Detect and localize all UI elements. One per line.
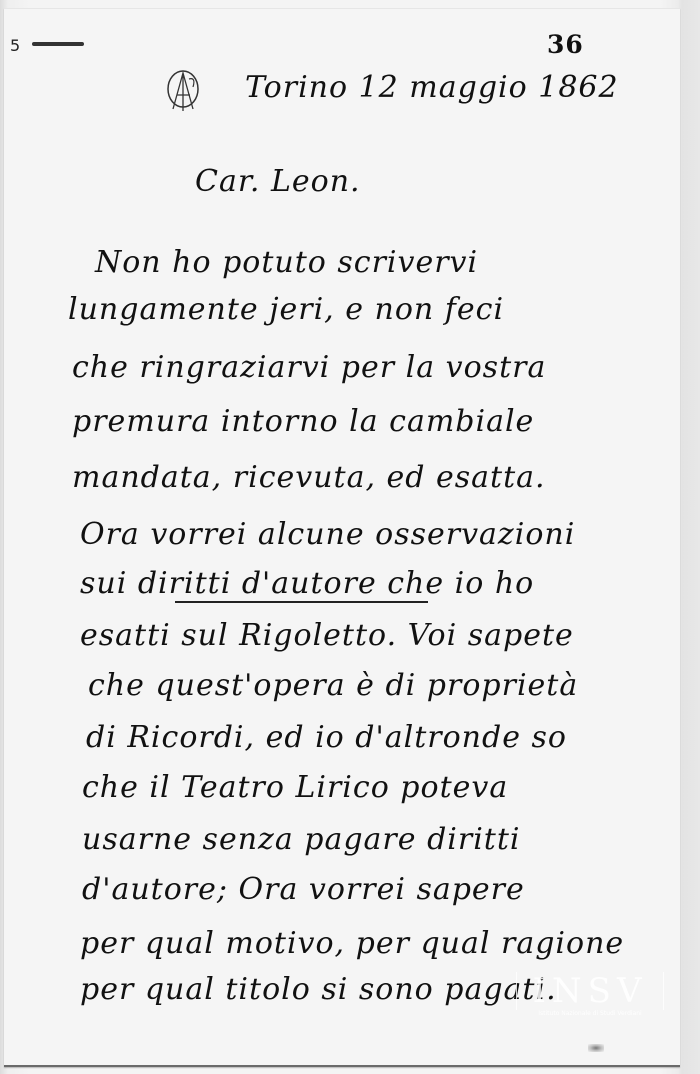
archive-mark-bar (32, 42, 84, 46)
folio-number: 36 (547, 30, 584, 59)
body-line: che quest'opera è di proprietà (88, 668, 578, 703)
salutation: Car. Leon. (195, 164, 361, 199)
body-line: per qual motivo, per qual ragione (80, 926, 624, 961)
ink-smudge (588, 1044, 604, 1052)
body-line: usarne senza pagare diritti (82, 822, 521, 857)
underline-diritti-autore (175, 601, 428, 603)
watermark: INSV Istituto Nazionale di Studi Verdian… (516, 972, 664, 1032)
body-line: sui diritti d'autore che io ho (80, 566, 534, 601)
body-line: che il Teatro Lirico poteva (82, 770, 508, 805)
body-line: di Ricordi, ed io d'altronde so (86, 720, 567, 755)
body-line: esatti sul Rigoletto. Voi sapete (80, 618, 574, 653)
body-line: Non ho potuto scrivervi (95, 245, 478, 280)
archive-mark: 5 (10, 36, 20, 55)
watermark-logo: INSV (516, 972, 664, 1010)
body-line: d'autore; Ora vorrei sapere (82, 872, 525, 907)
body-line: per qual titolo si sono pagati. (80, 972, 557, 1007)
body-line: lungamente jeri, e non feci (68, 292, 504, 327)
body-line: che ringraziarvi per la vostra (72, 350, 546, 385)
body-line: mandata, ricevuta, ed esatta. (72, 460, 546, 495)
body-line: Ora vorrei alcune osservazioni (80, 517, 575, 552)
body-line: premura intorno la cambiale (72, 404, 534, 439)
watermark-subtitle: Istituto Nazionale di Studi Verdiani (516, 1010, 664, 1018)
dateline: Torino 12 maggio 1862 (245, 70, 619, 105)
monogram-icon (163, 67, 203, 113)
